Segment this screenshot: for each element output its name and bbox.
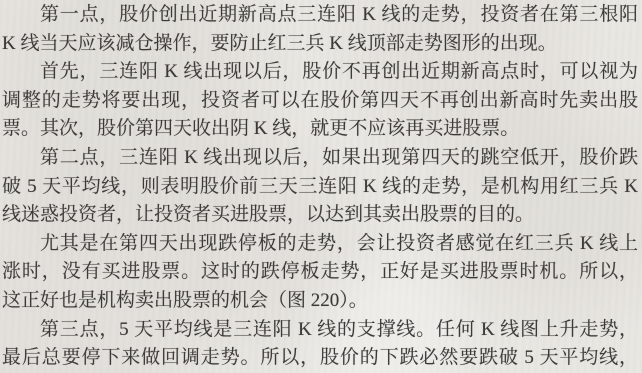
text-line: 首先，三连阳 K 线出现以后，股价不再创出近期新高点时，可以视为: [2, 58, 638, 87]
text-line: 最后总要停下来做回调走势。所以，股价的下跌必然要跌破 5 天平均线，: [2, 344, 638, 373]
text-line: K 线当天应该减仓操作，要防止红三兵 K 线顶部走势图形的出现。: [2, 30, 638, 59]
text-line: 第二点，三连阳 K 线出现以后，如果出现第四天的跳空低开，股价跌: [2, 144, 638, 173]
text-line: 第三点，5 天平均线是三连阳 K 线的支撑线。任何 K 线图上升走势，: [2, 316, 638, 345]
text-line: 第一点，股价创出近期新高点三连阳 K 线的走势，投资者在第三根阳: [2, 1, 638, 30]
scanned-document-page: 第一点，股价创出近期新高点三连阳 K 线的走势，投资者在第三根阳K 线当天应该减…: [0, 0, 642, 373]
text-line: 票。其次，股价第四天收出阴 K 线，就更不应该再买进股票。: [2, 115, 638, 144]
text-line: 破 5 天平均线，则表明股价前三天三连阳 K 线的走势，是机构用红三兵 K: [2, 173, 638, 202]
text-line: 涨时，没有买进股票。这时的跌停板走势，正好是买进股票时机。所以，: [2, 258, 638, 287]
text-line: 调整的走势将要出现，投资者可以在股价第四天不再创出新高时先卖出股: [2, 87, 638, 116]
document-text-block: 第一点，股价创出近期新高点三连阳 K 线的走势，投资者在第三根阳K 线当天应该减…: [2, 0, 638, 373]
text-line: 尤其是在第四天出现跌停板的走势，会让投资者感觉在红三兵 K 线上: [2, 230, 638, 259]
text-line: 线迷惑投资者，让投资者买进股票，以达到其卖出股票的目的。: [2, 201, 638, 230]
text-line: 这正好也是机构卖出股票的机会（图 220）。: [2, 287, 638, 316]
